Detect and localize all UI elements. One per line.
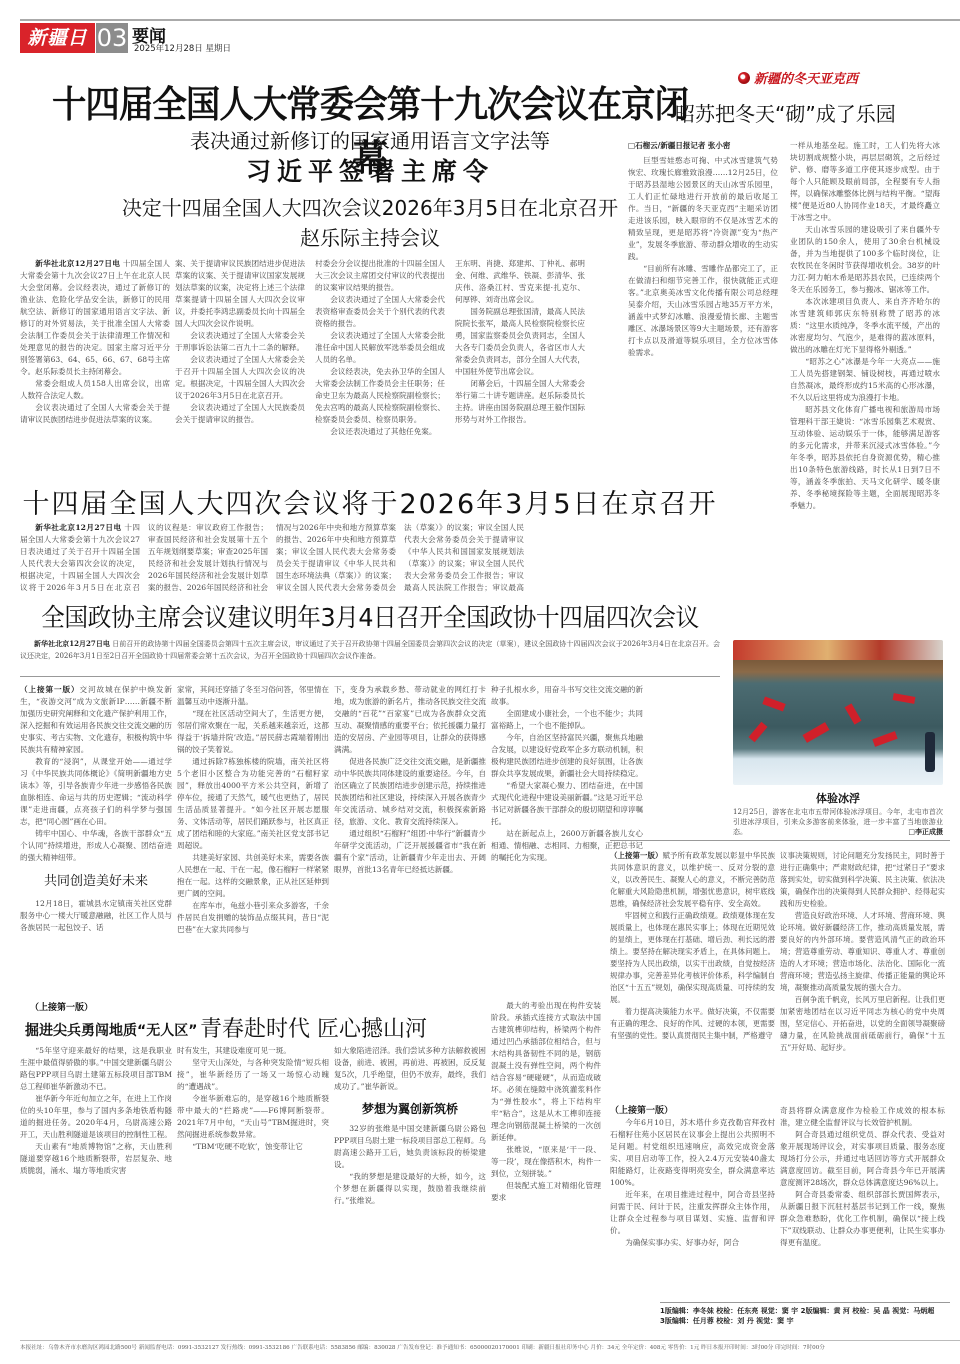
issue-date: 2025年12月28日 星期日: [134, 42, 231, 54]
continued-col-2: 家常，其间还穿插了冬至习俗问答，邻里情在温馨互动中逐渐升温。 “现在社区活动空间…: [177, 684, 329, 946]
feature-headline: 昭苏把冬天“砌”成了乐园: [675, 98, 896, 127]
feature-col-2: 一样从地基垒起。施工时，工人们先将大冰块切割成规整小块，再层层砌筑，之后经过铲、…: [790, 140, 940, 625]
youth-headline: 青春赴时代 匠心撼山河: [200, 1012, 427, 1043]
youth-col-1: “5年坚守迎来最好的结果，这是我职业生涯中最值得骄傲的事。”中国交建新疆乌尉公路…: [20, 1045, 172, 1283]
youth-subhead-2: 梦想为翼创新筑桥: [334, 1103, 486, 1115]
lead-subhead-4: 赵乐际主持会议: [20, 222, 720, 251]
youth-col-2: 时有发生，其建设难度可见一斑。 坚守天山深处，与各种突发险情“短兵相接”，崔华新…: [177, 1045, 329, 1283]
section-divider: [20, 676, 720, 677]
feature-byline: □石榴云/新疆日报记者 张小密: [628, 140, 730, 151]
continued-subhead: 共同创造美好未来: [20, 876, 172, 888]
footer-info: 本报社址：乌鲁木齐市水磨沟区鸿园北路500号 新闻监督电话：0991-35321…: [20, 1343, 960, 1351]
youth-subhead-1: 掘进尖兵勇闯地质“无人区”: [25, 1020, 197, 1040]
continued-col-3: 下，变身为承载乡愁、带动就业的网红打卡地，成为旅游的新名片，推动各民族交往交流交…: [334, 684, 486, 946]
lead-col-2: 案、关于提请审议民族团结进步促进法草案的议案、关于提请审议国家发展规划法草案的议…: [175, 258, 305, 426]
lights-col-2: 奇县将群众满意度作为检验工作成效的根本标准，建立健全监督评议与长效管护机制。 阿…: [780, 1105, 945, 1283]
dateline: 新华社北京12月27日电: [35, 259, 120, 268]
story3-body: 新华社北京12月27日电 日前召开的政协第十四届全国委员会第四十五次主席会议，审…: [20, 638, 720, 662]
story2-col-2: 议的议程是：审议政府工作报告；审查国民经济和社会发展第十五个五年规划纲要草案；审…: [148, 522, 268, 592]
photo-divider: [610, 840, 950, 841]
feature-col-1: 巨型雪娃憨态可掬、中式冰雪建筑气势恢宏、玫瑰长廊雅致浪漫……12月25日，位于昭…: [628, 155, 778, 625]
commentary-col-2: 议事决策规则，讨论问题充分发扬民主，同时善于进行正确集中；严肃财政纪律，把“过紧…: [780, 850, 945, 1060]
footer-rule: [20, 1340, 960, 1341]
continued-col-1: （上接第一版）交河故城在保护中焕发新生，“夜游交河”成为文旅新IP……新疆不断加…: [20, 684, 172, 934]
lead-subhead-2: 习近平签署主席令: [20, 152, 720, 188]
lights-col-1: （上接第一版） 今年6月10日，苏木塔什乡克孜勒宫拜孜村石榴籽住苑小区居民在议事…: [610, 1105, 775, 1283]
header-rule: [20, 19, 960, 21]
page-number: 03: [96, 23, 128, 53]
story3-headline: 全国政协主席会议建议明年3月4日召开全国政协十四届四次会议: [38, 598, 703, 634]
lead-col-1: 新华社北京12月27日电 十四届全国人大常委会第十九次会议27日上午在北京人民大…: [20, 258, 170, 426]
photo-credit: □李正成摄: [908, 827, 943, 837]
youth-jump-label: （上接第一版）: [30, 1000, 93, 1013]
story2-col-3: 情况与2026年中央和地方预算草案的报告、2026年中央和地方预算草案；审议全国…: [276, 522, 396, 592]
commentary-col-1: （上接第一版）赋予所有政革发展以彰显中华民族共同体意识的意义，以维护统一、反对分…: [610, 850, 775, 1060]
editors-credits: 1版编辑：李冬妹 校检：任东亮 视觉：窦 宇 2版编辑：黄 河 校检：吴 晶 视…: [660, 1306, 960, 1326]
photo-caption-title: 体验冰浮: [733, 790, 943, 806]
youth-col-3: 如大象陷进沼泽。我们尝试多种方法解救被困设备，前进、被困，再前进、再被困，反反复…: [334, 1045, 486, 1283]
kicker-dot-icon: [738, 72, 750, 84]
feature-kicker: 新疆的冬天亚克西: [738, 68, 858, 87]
lead-subhead-3: 决定十四届全国人大四次会议2026年3月5日在北京召开: [20, 192, 720, 221]
lead-col-4: 王东明、肖捷、郑建邦、丁仲礼、郝明金、何维、武维华、铁凝、彭清华、张庆伟、洛桑江…: [455, 258, 585, 448]
ice-floating-photo: [733, 640, 943, 785]
editors-rule: [660, 1302, 950, 1303]
masthead-logo: 新疆日报: [20, 23, 95, 53]
youth-col-4: 最大的考验出现在构件安装阶段。承插式连接方式取法中国古建筑榫卯结构，桥梁两个构件…: [491, 1000, 601, 1283]
story2-headline: 十四届全国人大四次会议将于2026年3月5日在京召开: [20, 482, 720, 521]
photo-caption: 12月25日，游客在北屯市五带河体验冰浮项目。今年，北屯市首次引进冰浮项目，引来…: [733, 807, 943, 837]
story2-col-1: 新华社北京12月27日电 十四届全国人大常委会第十九次会议27日表决通过了关于召…: [20, 522, 140, 592]
story2-col-4: 法（草案）》的议案；审议全国人民代表大会常务委员会关于提请审议《中华人民共和国国…: [404, 522, 524, 592]
lead-col-3: 村委会分会议提出批准的十四届全国人大三次会议主席团交付审议的代表提出的议案审议结…: [315, 258, 445, 448]
lead-subhead-1: 表决通过新修订的国家通用语言文字法等: [20, 125, 720, 154]
